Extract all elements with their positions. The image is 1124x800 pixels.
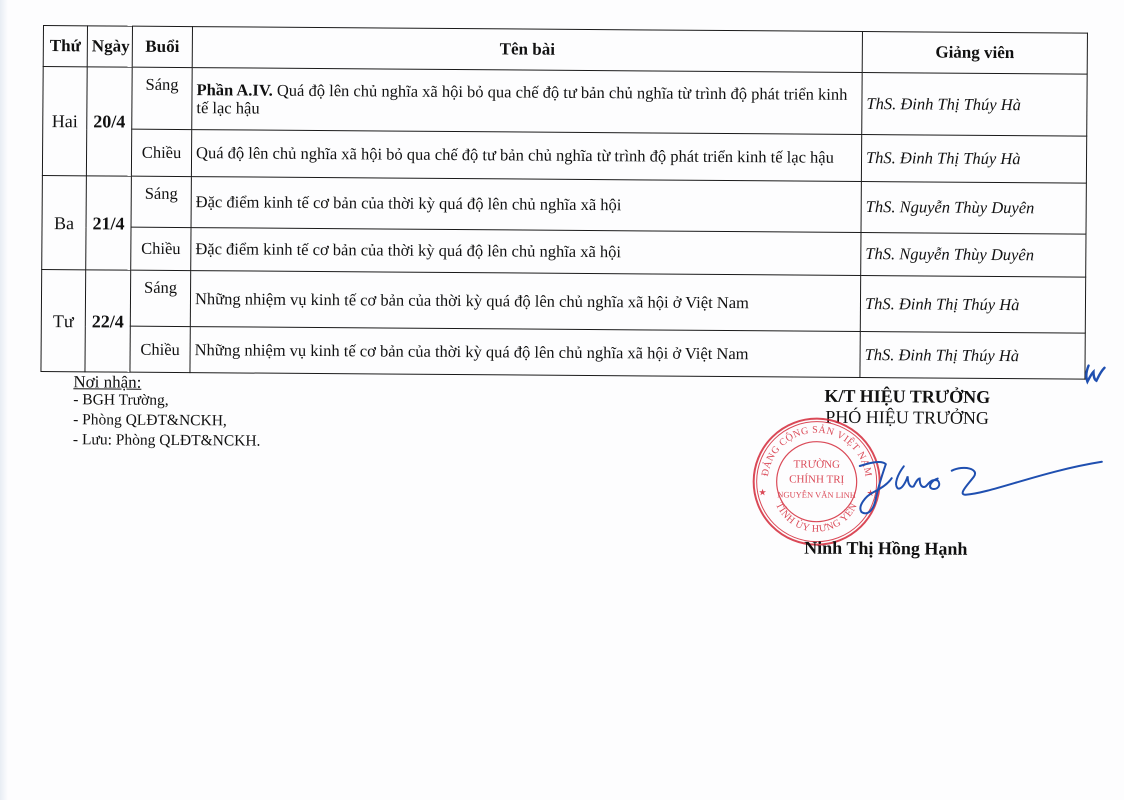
stamp-line-2: CHÍNH TRỊ xyxy=(789,473,845,485)
document-page: Thứ Ngày Buổi Tên bài Giảng viên Hai 20/… xyxy=(0,0,1124,800)
date-cell: 21/4 xyxy=(86,176,132,270)
recipient-item: - Lưu: Phòng QLĐT&NCKH. xyxy=(73,430,261,451)
recipients-section: Nơi nhận: - BGH Trường, - Phòng QLĐT&NCK… xyxy=(73,372,261,451)
session-cell: Sáng xyxy=(131,176,191,227)
session-cell: Sáng xyxy=(132,67,192,129)
header-date: Ngày xyxy=(87,26,132,67)
session-cell: Chiều xyxy=(130,326,190,372)
session-cell: Chiều xyxy=(131,129,191,176)
topic-cell: Đặc điểm kinh tế cơ bản của thời kỳ quá … xyxy=(191,177,861,233)
handwritten-signature-icon xyxy=(851,444,1112,526)
topic-text: Đặc điểm kinh tế cơ bản của thời kỳ quá … xyxy=(195,240,856,263)
table-row: Chiều Quá độ lên chủ nghĩa xã hội bỏ qua… xyxy=(42,129,1086,184)
topic-part-label: Phần A.IV. xyxy=(196,80,272,100)
topic-text: Quá độ lên chủ nghĩa xã hội bỏ qua chế đ… xyxy=(196,144,857,167)
date-cell: 22/4 xyxy=(85,270,131,372)
table-row: Hai 20/4 Sáng Phần A.IV. Quá độ lên chủ … xyxy=(43,67,1087,137)
lecturer-cell: ThS. Đinh Thị Thúy Hà xyxy=(862,73,1087,137)
day-cell: Hai xyxy=(42,67,87,176)
svg-text:TỈNH ỦY HƯNG YÊN: TỈNH ỦY HƯNG YÊN xyxy=(773,501,860,535)
header-lecturer: Giảng viên xyxy=(862,32,1087,75)
session-cell: Chiều xyxy=(131,227,191,270)
topic-text: Quá độ lên chủ nghĩa xã hội bỏ qua chế đ… xyxy=(196,80,847,117)
topic-cell: Đặc điểm kinh tế cơ bản của thời kỳ quá … xyxy=(191,228,861,276)
lecturer-cell: ThS. Nguyễn Thùy Duyên xyxy=(861,182,1086,235)
recipient-item: - BGH Trường, xyxy=(73,390,261,411)
topic-text: Những nhiệm vụ kinh tế cơ bản của thời k… xyxy=(195,341,856,364)
table-row: Chiều Những nhiệm vụ kinh tế cơ bản của … xyxy=(41,325,1085,379)
header-session: Buổi xyxy=(132,26,192,67)
recipient-item: - Phòng QLĐT&NCKH, xyxy=(73,410,261,431)
topic-cell: Phần A.IV. Quá độ lên chủ nghĩa xã hội b… xyxy=(192,68,862,135)
topic-text: Đặc điểm kinh tế cơ bản của thời kỳ quá … xyxy=(196,193,857,216)
day-cell: Tư xyxy=(41,269,86,371)
topic-cell: Quá độ lên chủ nghĩa xã hội bỏ qua chế đ… xyxy=(191,130,861,182)
header-topic: Tên bài xyxy=(192,27,862,73)
header-day: Thứ xyxy=(43,26,87,67)
lecturer-cell: ThS. Nguyễn Thùy Duyên xyxy=(861,233,1086,278)
date-cell: 20/4 xyxy=(86,67,132,176)
lecturer-cell: ThS. Đinh Thị Thúy Hà xyxy=(861,135,1086,184)
day-cell: Ba xyxy=(42,175,87,269)
schedule-table: Thứ Ngày Buổi Tên bài Giảng viên Hai 20/… xyxy=(40,25,1088,380)
stamp-line-1: TRƯỜNG xyxy=(794,459,841,471)
topic-cell: Những nhiệm vụ kinh tế cơ bản của thời k… xyxy=(190,327,860,378)
lecturer-cell: ThS. Đinh Thị Thúy Hà xyxy=(860,331,1085,379)
stamp-outer-bottom-text: TỈNH ỦY HƯNG YÊN xyxy=(773,501,860,535)
stamp-line-3: NGUYỄN VĂN LINH xyxy=(777,488,856,500)
session-cell: Sáng xyxy=(130,270,190,326)
table-row: Ba 21/4 Sáng Đặc điểm kinh tế cơ bản của… xyxy=(42,175,1086,234)
lecturer-cell: ThS. Đinh Thị Thúy Hà xyxy=(860,276,1085,334)
topic-cell: Những nhiệm vụ kinh tế cơ bản của thời k… xyxy=(190,271,860,332)
signatory-title: K/T HIỆU TRƯỞNG xyxy=(777,384,1037,408)
signatory-name: Ninh Thị Hồng Hạnh xyxy=(804,538,967,560)
table-row: Chiều Đặc điểm kinh tế cơ bản của thời k… xyxy=(42,226,1086,277)
topic-text: Những nhiệm vụ kinh tế cơ bản của thời k… xyxy=(195,290,856,313)
table-row: Tư 22/4 Sáng Những nhiệm vụ kinh tế cơ b… xyxy=(41,269,1085,333)
handwritten-initial-icon xyxy=(1082,363,1108,385)
stamp-star-left-icon: ★ xyxy=(759,488,767,498)
